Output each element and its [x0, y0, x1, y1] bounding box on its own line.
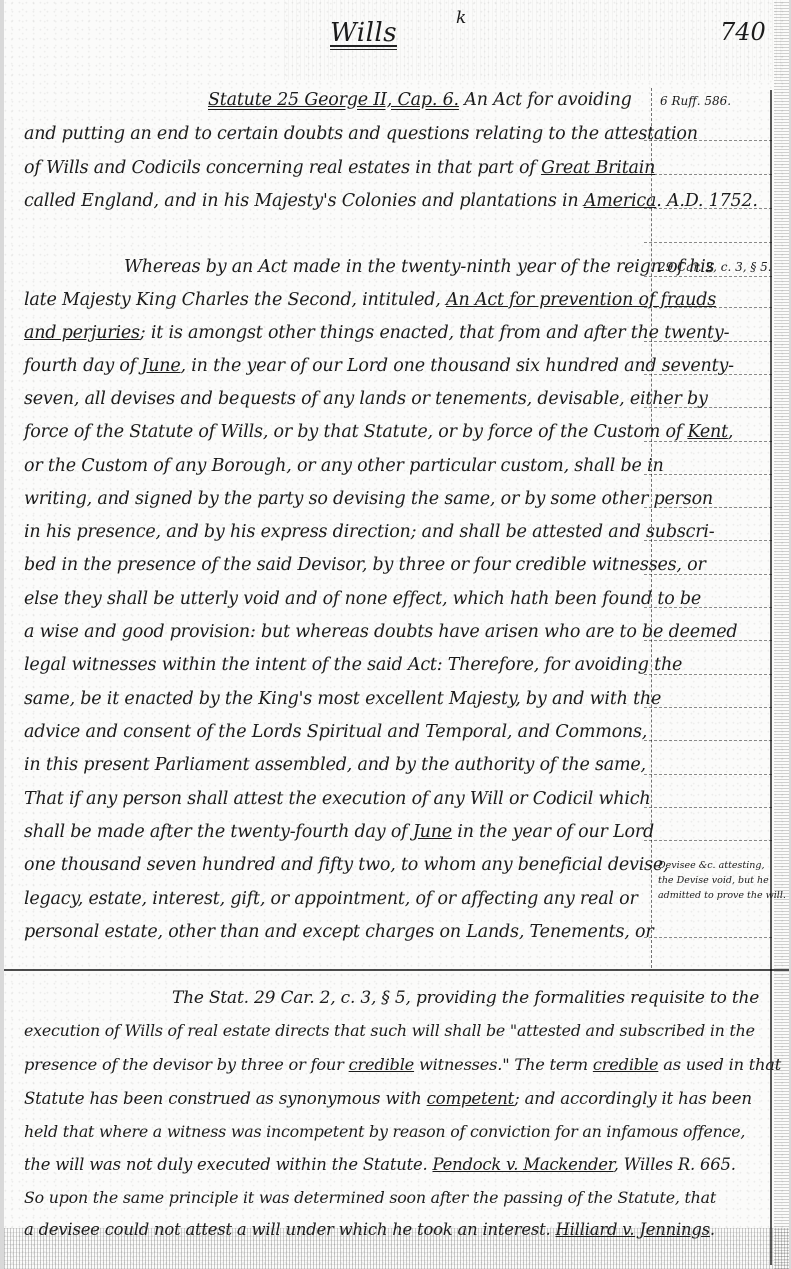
scan-edge-right	[774, 0, 789, 1269]
whereas-line: bed in the presence of the said Devisor,…	[24, 555, 706, 575]
whereas-line: late Majesty King Charles the Second, in…	[24, 290, 716, 310]
act-title: An Act for prevention of frauds	[446, 290, 716, 310]
whereas-line: shall be made after the twenty-fourth da…	[24, 822, 654, 842]
commentary-line: Statute has been construed as synonymous…	[24, 1089, 752, 1108]
page-heading: Wills	[330, 18, 397, 48]
whereas-line: else they shall be utterly void and of n…	[24, 589, 701, 609]
whereas-line: legal witnesses within the intent of the…	[24, 655, 682, 675]
whereas-line: in this present Parliament assembled, an…	[24, 755, 646, 775]
page-number: 740	[720, 18, 766, 46]
margin-rule	[644, 807, 772, 808]
whereas-line: or the Custom of any Borough, or any oth…	[24, 456, 664, 476]
commentary-line: the will was not duly executed within th…	[24, 1155, 736, 1174]
place-great-britain: Great Britain	[541, 158, 655, 178]
margin-citation-ruff: 6 Ruff. 586.	[660, 94, 731, 108]
margin-note-devisee: Devisee &c. attesting, the Devise void, …	[658, 858, 786, 903]
statute-line: of Wills and Codicils concerning real es…	[24, 158, 655, 178]
whereas-line: one thousand seven hundred and fifty two…	[24, 855, 668, 875]
commentary-line: The Stat. 29 Car. 2, c. 3, § 5, providin…	[172, 988, 759, 1008]
whereas-line: same, be it enacted by the King's most e…	[24, 689, 661, 709]
section-divider	[4, 969, 789, 971]
whereas-line: seven, all devises and bequests of any l…	[24, 389, 708, 409]
whereas-line: in his presence, and by his express dire…	[24, 522, 714, 542]
statute-line: and putting an end to certain doubts and…	[24, 124, 698, 144]
commentary-line: held that where a witness was incompeten…	[24, 1122, 745, 1141]
whereas-line: advice and consent of the Lords Spiritua…	[24, 722, 647, 742]
statute-line: called England, and in his Majesty's Col…	[24, 191, 758, 211]
place-america: America	[584, 191, 656, 211]
whereas-line: writing, and signed by the party so devi…	[24, 489, 713, 509]
commentary-line: execution of Wills of real estate direct…	[24, 1021, 755, 1040]
whereas-line: force of the Statute of Wills, or by tha…	[24, 422, 733, 442]
top-mark: k	[456, 8, 466, 28]
margin-rule	[644, 707, 772, 708]
statute-title: Statute 25 George II, Cap. 6.	[208, 90, 459, 110]
whereas-line: legacy, estate, interest, gift, or appoi…	[24, 889, 638, 909]
commentary-line: So upon the same principle it was determ…	[24, 1188, 716, 1207]
manuscript-page: k Wills 740 Statute 25 George II, Cap. 6…	[4, 0, 789, 1269]
margin-rule	[644, 774, 772, 775]
statute-title-rest: An Act for avoiding	[459, 90, 632, 110]
margin-rule	[644, 174, 772, 175]
margin-rule	[644, 840, 772, 841]
whereas-line: personal estate, other than and except c…	[24, 922, 654, 942]
whereas-line: That if any person shall attest the exec…	[24, 789, 650, 809]
case-citation-pendock: Pendock v. Mackender	[433, 1155, 614, 1174]
margin-rule	[644, 740, 772, 741]
statute-title-line: Statute 25 George II, Cap. 6. An Act for…	[208, 90, 632, 110]
commentary-line: presence of the devisor by three or four…	[24, 1055, 781, 1074]
whereas-line: fourth day of June, in the year of our L…	[24, 356, 734, 376]
whereas-line: a wise and good provision: but whereas d…	[24, 622, 737, 642]
whereas-line: Whereas by an Act made in the twenty-nin…	[124, 257, 714, 277]
whereas-line: and perjuries; it is amongst other thing…	[24, 323, 729, 343]
case-citation-hilliard: Hilliard v. Jennings	[556, 1220, 710, 1239]
margin-rule	[644, 242, 772, 243]
commentary-line: a devisee could not attest a will under …	[24, 1220, 715, 1239]
margin-rule	[644, 937, 772, 938]
